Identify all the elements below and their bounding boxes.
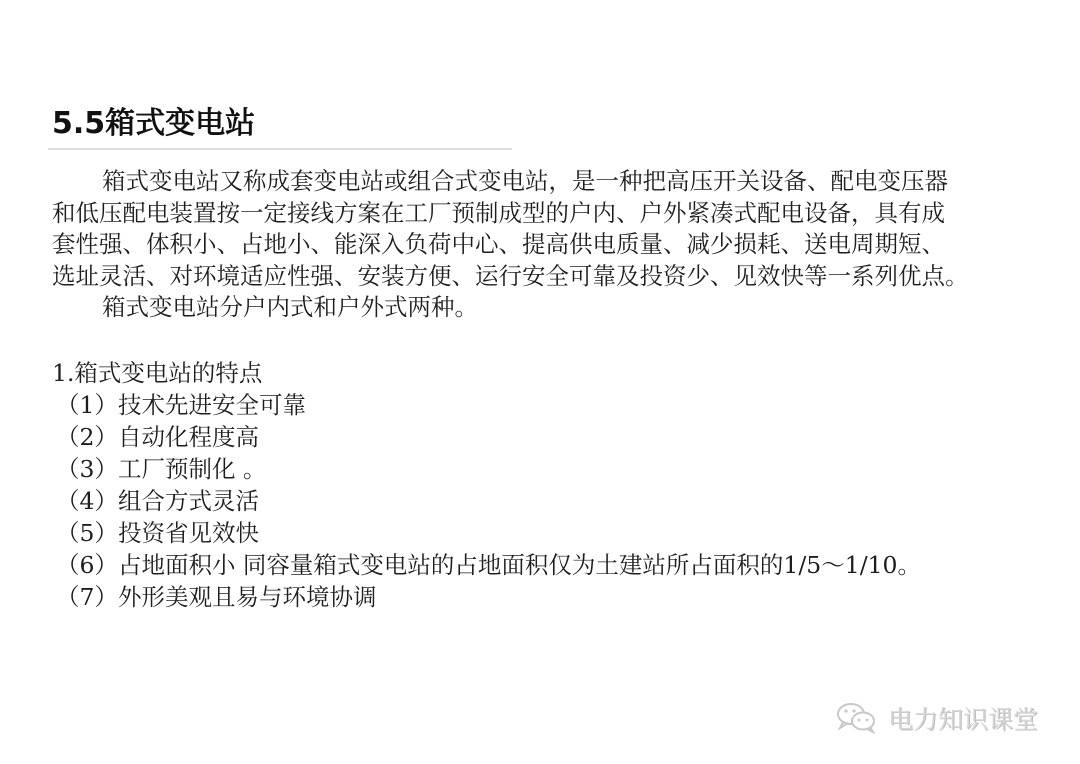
- watermark: 电力知识课堂: [834, 700, 1038, 736]
- feature-item: （6）占地面积小 同容量箱式变电站的占地面积仅为土建站所占面积的1/5～1/10…: [52, 549, 921, 581]
- intro-line: 选址灵活、对环境适应性强、安装方便、运行安全可靠及投资少、见效快等一系列优点。: [52, 261, 969, 293]
- intro-paragraph: 箱式变电站又称成套变电站或组合式变电站，是一种把高压开关设备、配电变压器 和低压…: [52, 166, 969, 292]
- features-title: 1.箱式变电站的特点: [52, 357, 921, 389]
- intro-line: 套性强、体积小、占地小、能深入负荷中心、提高供电质量、减少损耗、送电周期短、: [52, 229, 969, 261]
- feature-item: （1）技术先进安全可靠: [52, 389, 921, 421]
- heading-divider: [48, 148, 512, 150]
- feature-item: （3）工厂预制化 。: [52, 453, 921, 485]
- intro-line: 箱式变电站又称成套变电站或组合式变电站，是一种把高压开关设备、配电变压器: [52, 166, 969, 198]
- feature-item: （7）外形美观且易与环境协调: [52, 581, 921, 613]
- watermark-text: 电力知识课堂: [888, 700, 1038, 736]
- section-heading: 5.5箱式变电站: [52, 98, 255, 142]
- intro-line: 和低压配电装置按一定接线方案在工厂预制成型的户内、户外紧凑式配电设备，具有成: [52, 198, 969, 230]
- feature-item: （5）投资省见效快: [52, 517, 921, 549]
- feature-item: （2）自动化程度高: [52, 421, 921, 453]
- wechat-icon: [834, 700, 880, 736]
- features-section: 1.箱式变电站的特点 （1）技术先进安全可靠 （2）自动化程度高 （3）工厂预制…: [52, 357, 921, 613]
- feature-item: （4）组合方式灵活: [52, 485, 921, 517]
- types-paragraph: 箱式变电站分户内式和户外式两种。: [52, 292, 478, 324]
